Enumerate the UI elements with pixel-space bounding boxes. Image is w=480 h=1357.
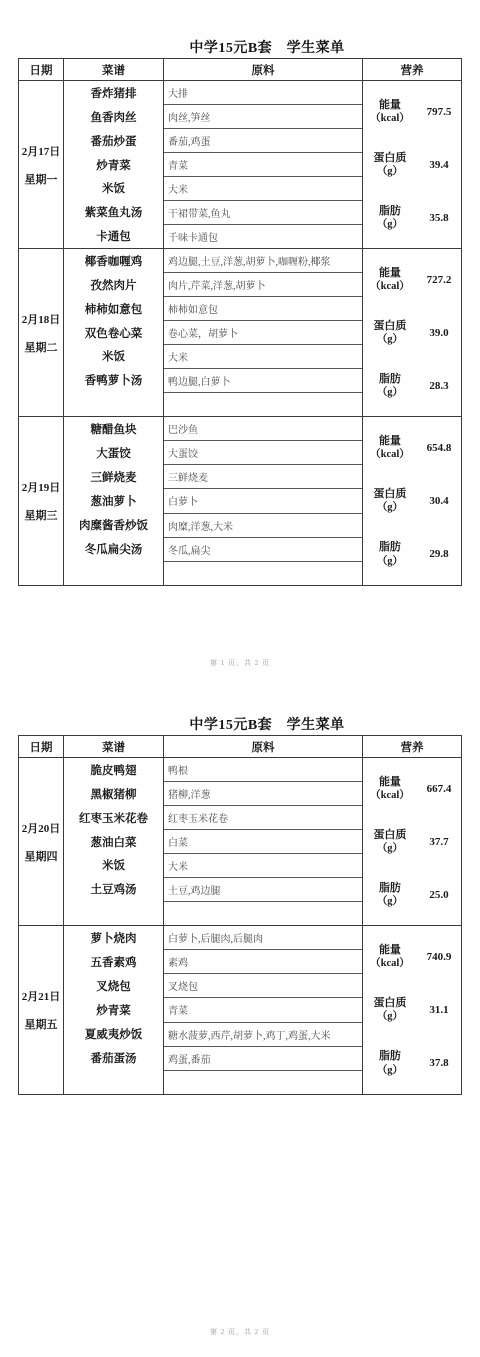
ingredient-cell: 白菜 <box>164 830 362 854</box>
dish-name-cell: 黑椒猪柳 <box>64 782 163 806</box>
nutrition-item: 脂肪 （g） 25.0 <box>363 868 461 921</box>
document-canvas: 中学15元B套 学生菜单 日期 菜谱 原料 营养 2月17日 星期一 香炸猪排 … <box>0 0 480 1357</box>
menu-table: 日期 菜谱 原料 营养 2月20日 星期四 脆皮鸭翅 黑椒猪柳 红枣玉米花卷 葱… <box>18 735 462 1095</box>
dish-name-cell: 叉烧包 <box>64 974 163 998</box>
date-text: 2月21日 <box>22 988 61 1004</box>
dish-name-cell: 脆皮鸭翅 <box>64 758 163 782</box>
page-footer: 第 2 页，共 2 页 <box>0 1327 480 1337</box>
ingredient-cell: 青菜 <box>164 998 362 1022</box>
nutrition-label-unit: （kcal） <box>363 789 417 803</box>
date-cell: 2月20日 星期四 <box>19 758 64 925</box>
nutrition-label: 脂肪 （g） <box>363 1049 417 1077</box>
nutrition-label: 脂肪 （g） <box>363 881 417 909</box>
ingredient-column: 鸭根 猪柳,洋葱 红枣玉米花卷 白菜 大米 土豆,鸡边腿 <box>164 758 363 925</box>
nutrition-label-name: 能量 <box>363 775 417 789</box>
dish-name-cell: 米饭 <box>64 853 163 877</box>
header-cell-ingredients: 原料 <box>164 736 363 757</box>
nutrition-label-unit: （g） <box>363 895 417 909</box>
nutrition-value: 37.8 <box>417 1057 461 1069</box>
nutrition-item: 蛋白质 （g） 37.7 <box>363 815 461 868</box>
ingredient-cell: 白萝卜,后腿肉,后腿肉 <box>164 926 362 950</box>
nutrition-item: 脂肪 （g） 37.8 <box>363 1037 461 1090</box>
date-cell: 2月21日 星期五 <box>19 926 64 1094</box>
dish-name-cell: 夏威夷炒饭 <box>64 1022 163 1046</box>
ingredient-cell: 叉烧包 <box>164 974 362 998</box>
ingredient-cell <box>164 1071 362 1094</box>
weekday-text: 星期四 <box>25 848 58 864</box>
ingredient-cell: 红枣玉米花卷 <box>164 806 362 830</box>
dish-column: 萝卜烧肉 五香素鸡 叉烧包 炒青菜 夏威夷炒饭 番茄蛋汤 <box>64 926 164 1094</box>
dish-name-cell <box>64 901 163 925</box>
ingredient-cell: 鸡蛋,番茄 <box>164 1047 362 1071</box>
nutrition-label-name: 脂肪 <box>363 1049 417 1063</box>
dish-name-cell: 萝卜烧肉 <box>64 926 163 950</box>
page-title: 中学15元B套 学生菜单 <box>189 714 344 734</box>
nutrition-label-name: 能量 <box>363 943 417 957</box>
nutrition-label-name: 蛋白质 <box>363 996 417 1010</box>
nutrition-column: 能量 （kcal） 740.9 蛋白质 （g） 31.1 脂肪 （g） 37.8 <box>363 926 461 1094</box>
dish-name-cell: 葱油白菜 <box>64 830 163 854</box>
nutrition-label: 蛋白质 （g） <box>363 828 417 856</box>
nutrition-value: 37.7 <box>417 836 461 848</box>
ingredient-cell: 大米 <box>164 854 362 878</box>
ingredient-cell <box>164 902 362 925</box>
ingredient-cell: 猪柳,洋葱 <box>164 782 362 806</box>
dish-name-cell: 五香素鸡 <box>64 950 163 974</box>
dish-name-cell <box>64 1070 163 1094</box>
nutrition-label-unit: （g） <box>363 1010 417 1024</box>
ingredient-cell: 鸭根 <box>164 758 362 782</box>
nutrition-value: 31.1 <box>417 1004 461 1016</box>
header-cell-nutrition: 营养 <box>363 736 461 757</box>
nutrition-label-name: 脂肪 <box>363 881 417 895</box>
dish-name-cell: 番茄蛋汤 <box>64 1046 163 1070</box>
dish-name-cell: 炒青菜 <box>64 998 163 1022</box>
dish-name-cell: 土豆鸡汤 <box>64 877 163 901</box>
menu-page-2: 中学15元B套 学生菜单 日期 菜谱 原料 营养 2月20日 星期四 脆皮鸭翅 … <box>0 0 480 1357</box>
nutrition-item: 能量 （kcal） 740.9 <box>363 930 461 983</box>
dish-name-cell: 红枣玉米花卷 <box>64 806 163 830</box>
day-block: 2月20日 星期四 脆皮鸭翅 黑椒猪柳 红枣玉米花卷 葱油白菜 米饭 土豆鸡汤 … <box>19 758 461 926</box>
nutrition-value: 667.4 <box>417 783 461 795</box>
nutrition-value: 740.9 <box>417 951 461 963</box>
nutrition-item: 蛋白质 （g） 31.1 <box>363 983 461 1036</box>
ingredient-cell: 土豆,鸡边腿 <box>164 878 362 902</box>
ingredient-cell: 素鸡 <box>164 950 362 974</box>
weekday-text: 星期五 <box>25 1016 58 1032</box>
nutrition-label-name: 蛋白质 <box>363 828 417 842</box>
header-cell-date: 日期 <box>19 736 64 757</box>
nutrition-label-unit: （g） <box>363 1064 417 1078</box>
nutrition-label: 能量 （kcal） <box>363 943 417 971</box>
date-text: 2月20日 <box>22 820 61 836</box>
nutrition-label: 蛋白质 （g） <box>363 996 417 1024</box>
day-block: 2月21日 星期五 萝卜烧肉 五香素鸡 叉烧包 炒青菜 夏威夷炒饭 番茄蛋汤 白… <box>19 926 461 1094</box>
header-cell-menu: 菜谱 <box>64 736 164 757</box>
nutrition-column: 能量 （kcal） 667.4 蛋白质 （g） 37.7 脂肪 （g） 25.0 <box>363 758 461 925</box>
table-body: 2月20日 星期四 脆皮鸭翅 黑椒猪柳 红枣玉米花卷 葱油白菜 米饭 土豆鸡汤 … <box>19 758 461 1094</box>
nutrition-value: 25.0 <box>417 889 461 901</box>
nutrition-label-unit: （kcal） <box>363 957 417 971</box>
nutrition-label: 能量 （kcal） <box>363 775 417 803</box>
nutrition-item: 能量 （kcal） 667.4 <box>363 762 461 815</box>
ingredient-cell: 糖水菠萝,西芹,胡萝卜,鸡丁,鸡蛋,大米 <box>164 1023 362 1047</box>
nutrition-label-unit: （g） <box>363 842 417 856</box>
dish-column: 脆皮鸭翅 黑椒猪柳 红枣玉米花卷 葱油白菜 米饭 土豆鸡汤 <box>64 758 164 925</box>
table-header: 日期 菜谱 原料 营养 <box>19 736 461 758</box>
ingredient-column: 白萝卜,后腿肉,后腿肉 素鸡 叉烧包 青菜 糖水菠萝,西芹,胡萝卜,鸡丁,鸡蛋,… <box>164 926 363 1094</box>
